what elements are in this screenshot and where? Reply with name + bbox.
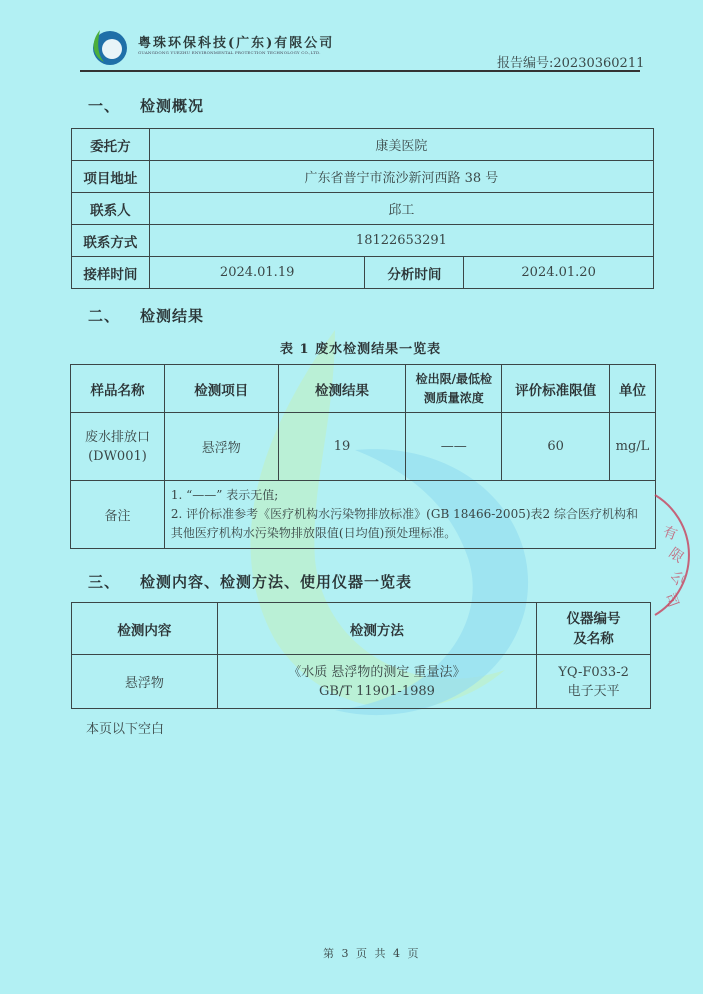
notes-label: 备注 bbox=[71, 481, 165, 549]
header-sample-name: 样品名称 bbox=[71, 365, 165, 413]
item-cell: 悬浮物 bbox=[164, 413, 278, 481]
sample-name: 废水排放口 bbox=[71, 428, 164, 447]
table-header-row: 样品名称 检测项目 检测结果 检出限/最低检测质量浓度 评价标准限值 单位 bbox=[71, 365, 656, 413]
section-1-heading: 一、检测概况 bbox=[88, 95, 204, 116]
instrument-code: YQ-F033-2 bbox=[537, 663, 650, 682]
client-value: 康美医院 bbox=[149, 129, 653, 161]
header-item: 检测项目 bbox=[164, 365, 278, 413]
overview-table: 委托方 康美医院 项目地址 广东省普宁市流沙新河西路 38 号 联系人 邱工 联… bbox=[71, 128, 654, 289]
table-row: 接样时间 2024.01.19 分析时间 2024.01.20 bbox=[72, 257, 654, 289]
content-cell: 悬浮物 bbox=[72, 655, 218, 709]
header-method: 检测方法 bbox=[217, 603, 536, 655]
header-instrument: 仪器编号 及名称 bbox=[537, 603, 651, 655]
detection-limit-cell: —— bbox=[406, 413, 502, 481]
report-number-value: 20230360211 bbox=[553, 56, 644, 71]
address-value: 广东省普宁市流沙新河西路 38 号 bbox=[149, 161, 653, 193]
table-row: 委托方 康美医院 bbox=[72, 129, 654, 161]
method-cell: 《水质 悬浮物的测定 重量法》 GB/T 11901-1989 bbox=[217, 655, 536, 709]
note-2: 2. 评价标准参考《医疗机构水污染物排放标准》(GB 18466-2005)表2… bbox=[171, 505, 649, 543]
table-row: 联系方式 18122653291 bbox=[72, 225, 654, 257]
client-label: 委托方 bbox=[72, 129, 150, 161]
notes-cell: 1. “——” 表示无值; 2. 评价标准参考《医疗机构水污染物排放标准》(GB… bbox=[164, 481, 655, 549]
instrument-cell: YQ-F033-2 电子天平 bbox=[537, 655, 651, 709]
company-logo-icon bbox=[86, 22, 132, 68]
address-label: 项目地址 bbox=[72, 161, 150, 193]
table-header-row: 检测内容 检测方法 仪器编号 及名称 bbox=[72, 603, 651, 655]
company-name: 粤珠环保科技(广东)有限公司 bbox=[138, 32, 334, 51]
page-number: 第 3 页 共 4 页 bbox=[323, 945, 418, 961]
methods-table: 检测内容 检测方法 仪器编号 及名称 悬浮物 《水质 悬浮物的测定 重量法》 G… bbox=[71, 602, 651, 709]
header-content: 检测内容 bbox=[72, 603, 218, 655]
table-row: 废水排放口 (DW001) 悬浮物 19 —— 60 mg/L bbox=[71, 413, 656, 481]
phone-value: 18122653291 bbox=[149, 225, 653, 257]
phone-label: 联系方式 bbox=[72, 225, 150, 257]
table-row: 项目地址 广东省普宁市流沙新河西路 38 号 bbox=[72, 161, 654, 193]
report-number: 报告编号:20230360211 bbox=[497, 52, 644, 71]
sample-name-cell: 废水排放口 (DW001) bbox=[71, 413, 165, 481]
contact-value: 邱工 bbox=[149, 193, 653, 225]
table-row: 悬浮物 《水质 悬浮物的测定 重量法》 GB/T 11901-1989 YQ-F… bbox=[72, 655, 651, 709]
blank-below-note: 本页以下空白 bbox=[86, 718, 164, 737]
company-name-en: GUANGDONG YUEZHU ENVIRONMENTAL PROTECTIO… bbox=[138, 50, 321, 55]
sample-code: (DW001) bbox=[71, 447, 164, 466]
analysis-date-value: 2024.01.20 bbox=[464, 257, 654, 289]
method-standard: GB/T 11901-1989 bbox=[218, 682, 536, 701]
standard-limit-cell: 60 bbox=[502, 413, 610, 481]
header-standard-limit: 评价标准限值 bbox=[502, 365, 610, 413]
instrument-name: 电子天平 bbox=[537, 682, 650, 701]
table-row: 联系人 邱工 bbox=[72, 193, 654, 225]
receive-date-label: 接样时间 bbox=[72, 257, 150, 289]
company-seal-stamp: 有 限 公 司 bbox=[640, 490, 703, 620]
results-table: 样品名称 检测项目 检测结果 检出限/最低检测质量浓度 评价标准限值 单位 废水… bbox=[70, 364, 656, 549]
receive-date-value: 2024.01.19 bbox=[149, 257, 365, 289]
svg-text:公: 公 bbox=[667, 568, 688, 589]
svg-text:有: 有 bbox=[661, 524, 680, 544]
method-name: 《水质 悬浮物的测定 重量法》 bbox=[218, 663, 536, 682]
report-number-label: 报告编号: bbox=[497, 56, 553, 71]
section-3-heading: 三、检测内容、检测方法、使用仪器一览表 bbox=[88, 571, 412, 592]
contact-label: 联系人 bbox=[72, 193, 150, 225]
note-1: 1. “——” 表示无值; bbox=[171, 486, 649, 505]
svg-text:限: 限 bbox=[666, 545, 687, 566]
section-2-heading: 二、检测结果 bbox=[88, 305, 204, 326]
table-1-caption: 表 1 废水检测结果一览表 bbox=[280, 338, 441, 357]
analysis-date-label: 分析时间 bbox=[365, 257, 464, 289]
header-result: 检测结果 bbox=[278, 365, 406, 413]
svg-text:司: 司 bbox=[661, 591, 681, 610]
notes-row: 备注 1. “——” 表示无值; 2. 评价标准参考《医疗机构水污染物排放标准》… bbox=[71, 481, 656, 549]
unit-cell: mg/L bbox=[609, 413, 655, 481]
header-detection-limit: 检出限/最低检测质量浓度 bbox=[406, 365, 502, 413]
header-unit: 单位 bbox=[609, 365, 655, 413]
result-cell: 19 bbox=[278, 413, 406, 481]
